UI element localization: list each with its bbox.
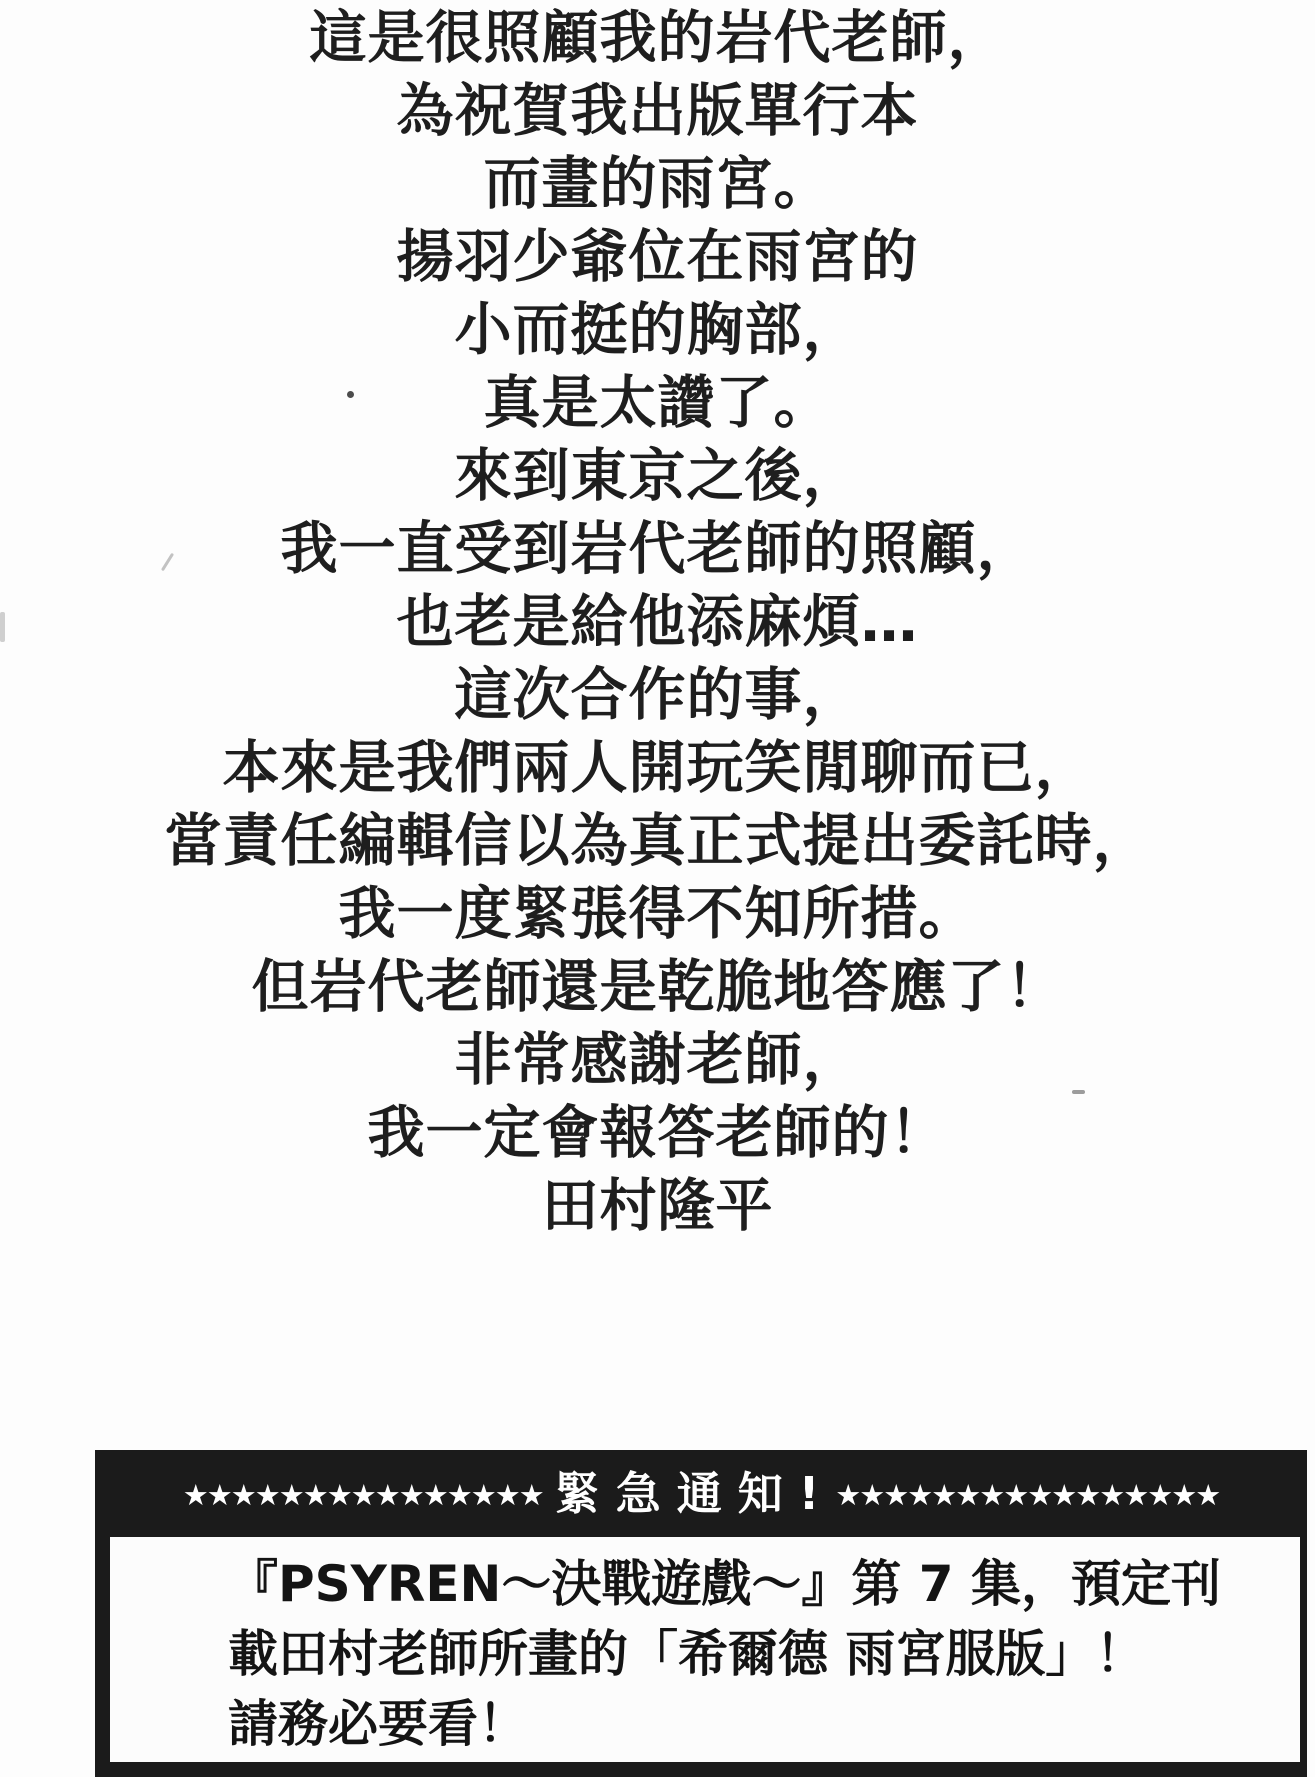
- afterword-line: 來到東京之後，: [0, 440, 1315, 513]
- afterword-line: 但岩代老師還是乾脆地答應了！: [0, 951, 1315, 1024]
- scan-artifact-edge-mark: [0, 612, 5, 642]
- afterword-line: 這是很照顧我的岩代老師，: [0, 2, 1315, 75]
- urgent-notice-box: ★★★★★★★★★★★★★★★ 緊急通知! ★★★★★★★★★★★★★★★★ 『…: [95, 1450, 1307, 1777]
- stars-left-decoration: ★★★★★★★★★★★★★★★: [183, 1477, 543, 1510]
- notice-line: 請務必要看！: [228, 1689, 1290, 1759]
- scan-artifact-dot: [347, 391, 354, 398]
- author-signature: 田村隆平: [0, 1170, 1315, 1243]
- afterword-line: 本來是我們兩人開玩笑閒聊而已，: [0, 732, 1315, 805]
- afterword-line: 也老是給他添麻煩…: [0, 586, 1315, 659]
- afterword-line: 這次合作的事，: [0, 659, 1315, 732]
- notice-line: 載田村老師所畫的「希爾德 雨宮服版」！: [228, 1619, 1290, 1689]
- afterword-line: 我一定會報答老師的！: [0, 1097, 1315, 1170]
- afterword-line: 我一度緊張得不知所措。: [0, 878, 1315, 951]
- afterword-line: 而畫的雨宮。: [0, 148, 1315, 221]
- notice-body: 『PSYREN～決戰遊戲～』第 7 集，預定刊 載田村老師所畫的「希爾德 雨宮服…: [110, 1537, 1300, 1762]
- afterword-line: 當責任編輯信以為真正式提出委託時，: [0, 805, 1315, 878]
- afterword-line: 小而挺的胸部，: [0, 294, 1315, 367]
- afterword-line: 非常感謝老師，: [0, 1024, 1315, 1097]
- afterword-line: 揚羽少爺位在雨宮的: [0, 221, 1315, 294]
- notice-header-band: ★★★★★★★★★★★★★★★ 緊急通知! ★★★★★★★★★★★★★★★★: [95, 1450, 1307, 1537]
- notice-line: 『PSYREN～決戰遊戲～』第 7 集，預定刊: [228, 1549, 1290, 1619]
- notice-title: 緊急通知!: [555, 1471, 836, 1516]
- afterword-text: 這是很照顧我的岩代老師， 為祝賀我出版單行本 而畫的雨宮。 揚羽少爺位在雨宮的 …: [0, 2, 1315, 1243]
- stars-right-decoration: ★★★★★★★★★★★★★★★★: [835, 1477, 1219, 1510]
- afterword-line: 我一直受到岩代老師的照顧，: [0, 513, 1315, 586]
- scan-artifact-tick: [1072, 1090, 1085, 1094]
- afterword-line: 真是太讚了。: [0, 367, 1315, 440]
- afterword-line: 為祝賀我出版單行本: [0, 75, 1315, 148]
